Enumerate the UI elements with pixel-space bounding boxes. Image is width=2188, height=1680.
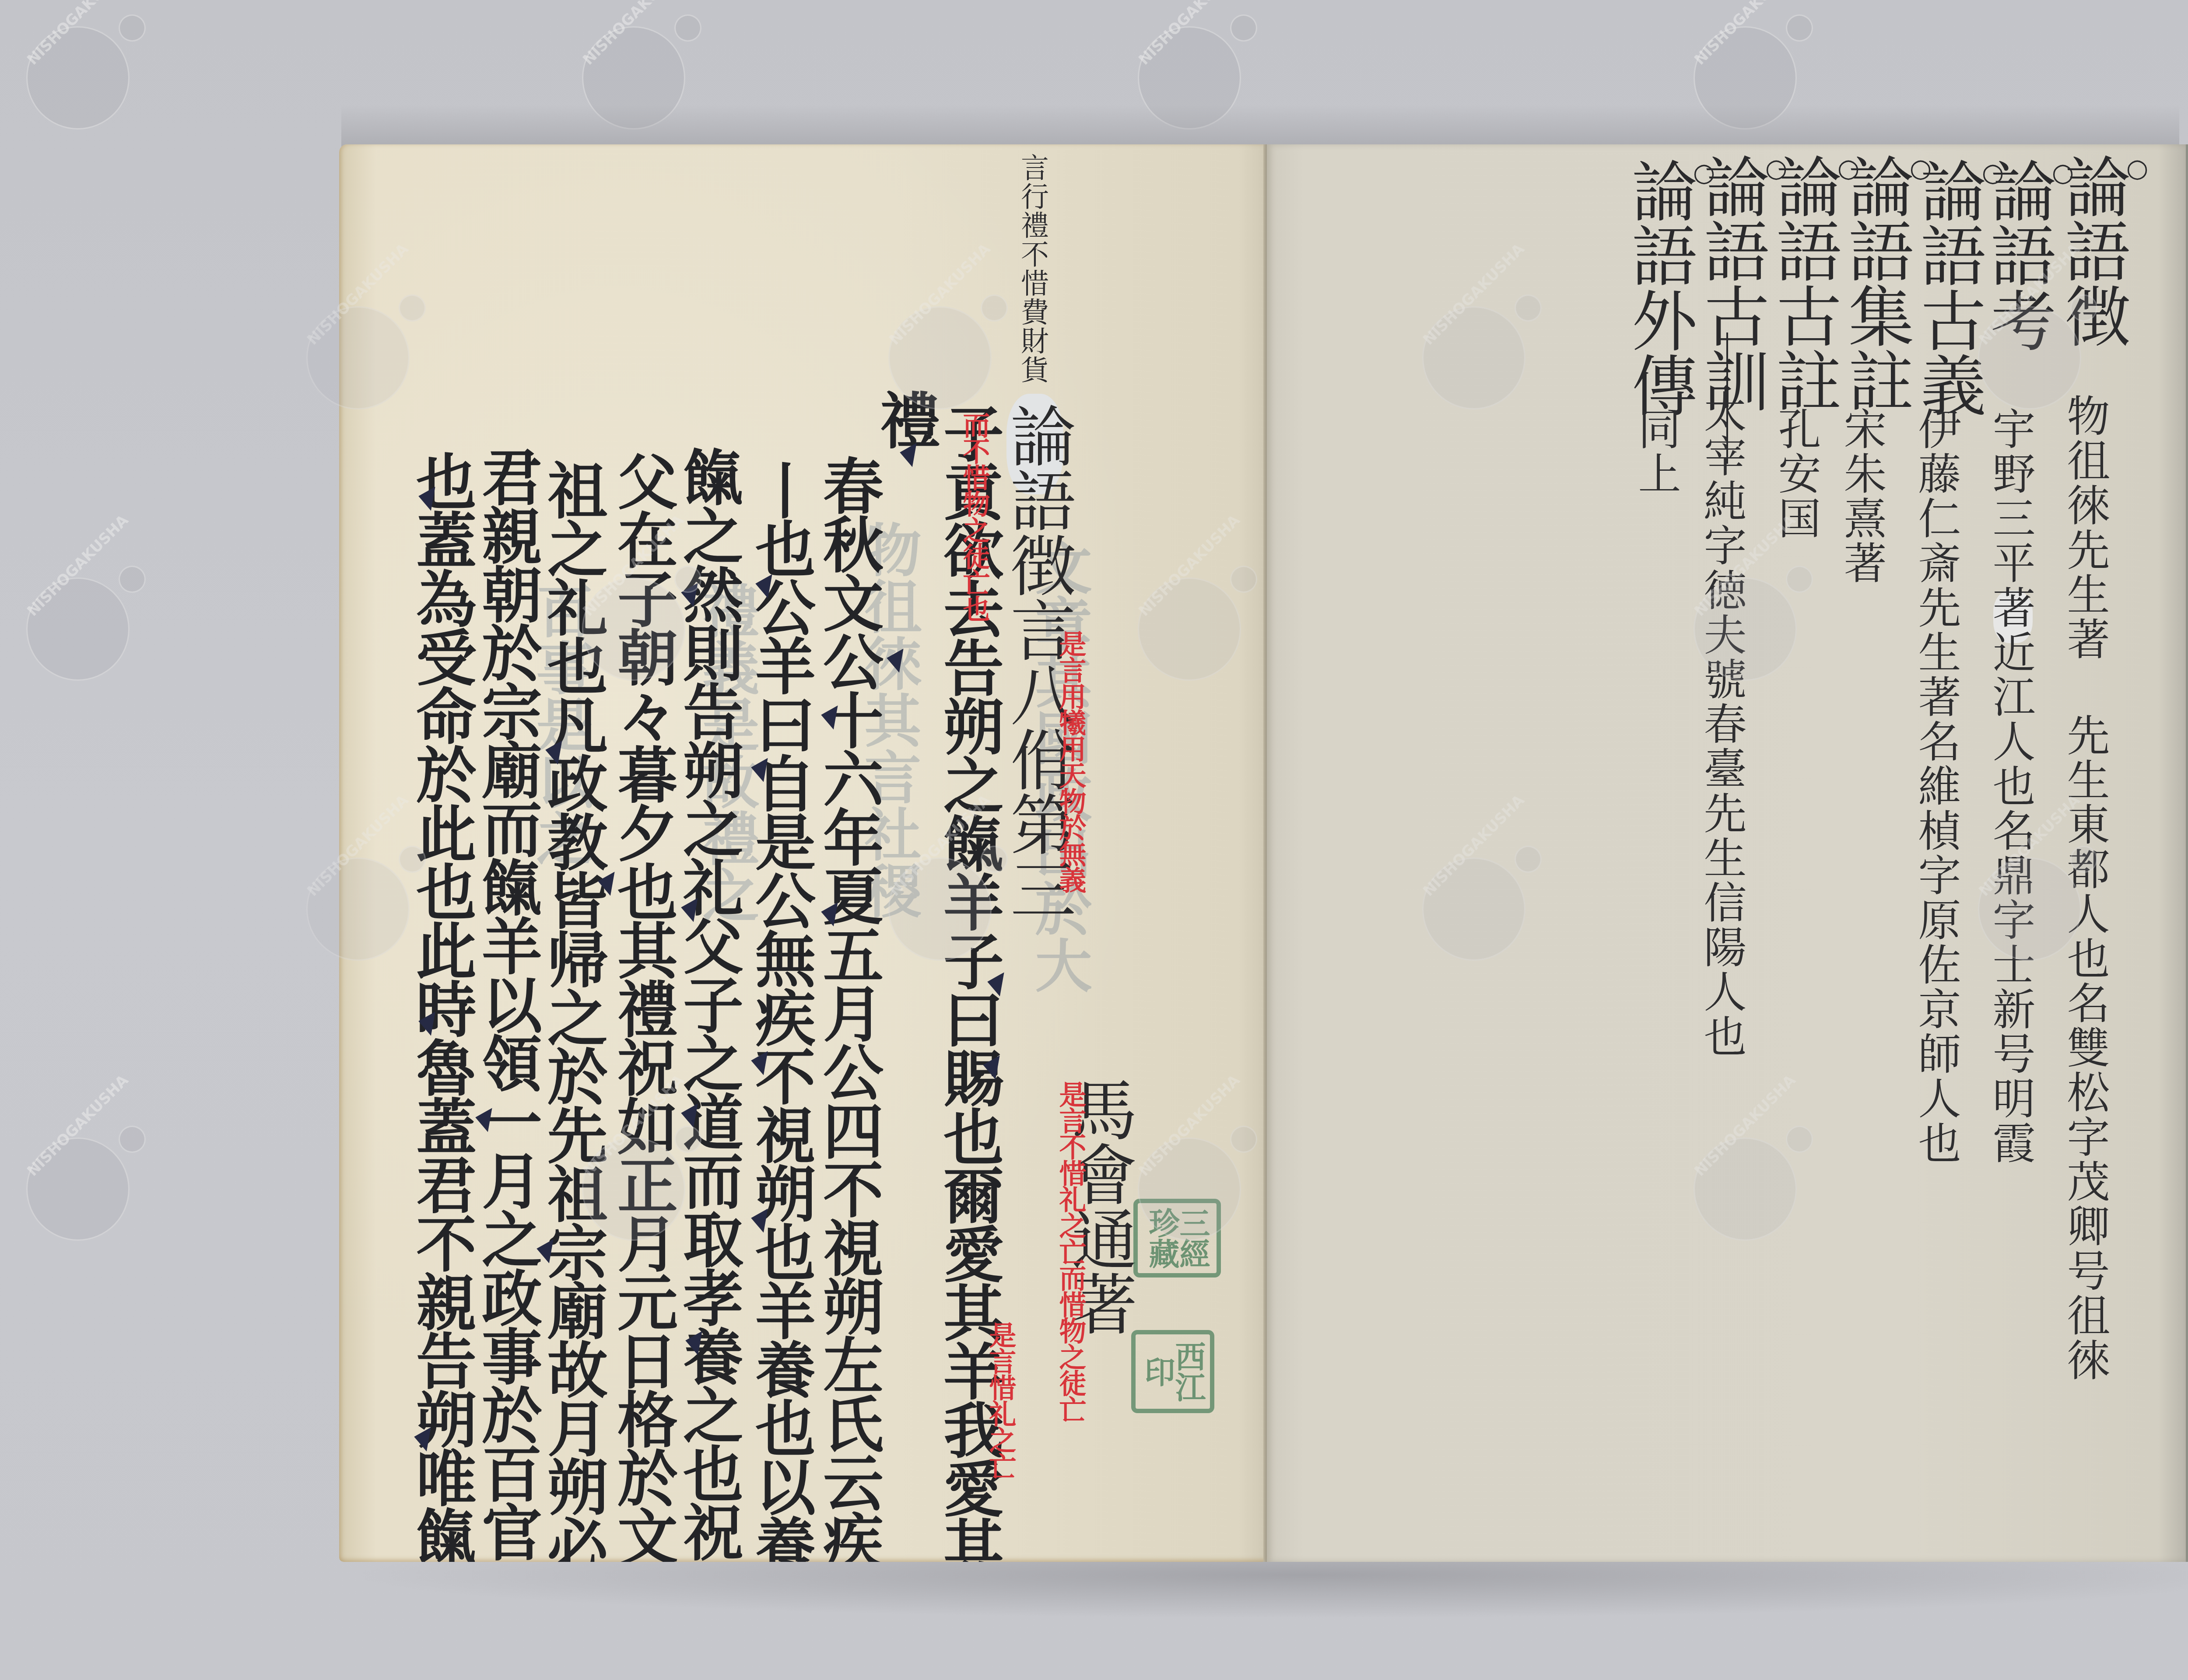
red-annotation: 是言不惜礼之亡而惜物之徒亡 [1057, 1081, 1084, 1422]
watermark-logo-icon: NISHOGAKUSHA [26, 1137, 130, 1241]
main-text-column: 春秋文公十六年夏五月公四不視朔左氏云疾 [818, 455, 879, 1562]
left-page: 文章其國政出於大 物徂徠其言社稷 禮義是故禮之 百事是以之 言行禮不惜費財貨 論… [339, 144, 1267, 1562]
watermark-logo-icon: NISHOGAKUSHA [1978, 306, 2081, 409]
watermark-logo-icon: NISHOGAKUSHA [26, 577, 130, 681]
watermark-logo-icon: NISHOGAKUSHA [582, 577, 685, 681]
red-annotation: 是言用犧用天物於無義 [1057, 630, 1084, 892]
top-margin-note: 言行禮不惜費財貨 [1018, 153, 1046, 384]
author-note: 太宰純字徳夫號春臺先生信陽人也 [1700, 389, 1743, 1059]
open-book: 文章其國政出於大 物徂徠其言社稷 禮義是故禮之 百事是以之 言行禮不惜費財貨 論… [339, 144, 2186, 1562]
main-text-column: 丨也公羊曰自是公無疾不視朔也羊養也以養 [750, 459, 811, 1562]
watermark-logo-icon: NISHOGAKUSHA [888, 857, 992, 961]
watermark-logo-icon: NISHOGAKUSHA [1978, 857, 2081, 961]
red-annotation: 而不惜物之徒亡也 [961, 411, 988, 621]
watermark-logo-icon: NISHOGAKUSHA [1138, 577, 1241, 681]
collector-seal: 西江印 [1131, 1330, 1214, 1413]
watermark-logo-icon: NISHOGAKUSHA [888, 306, 992, 409]
red-annotation: 是言惜礼之亡 [987, 1321, 1014, 1479]
watermark-logo-icon: NISHOGAKUSHA [582, 1137, 685, 1241]
watermark-logo-icon: NISHOGAKUSHA [1694, 577, 1797, 681]
main-text-column: 也蓋為受命於此也此時魯蓋君不親告朔唯餼 [411, 451, 472, 1562]
watermark-logo-icon: NISHOGAKUSHA [306, 857, 410, 961]
watermark-logo-icon: NISHOGAKUSHA [26, 26, 130, 129]
watermark-logo-icon: NISHOGAKUSHA [1422, 857, 1525, 961]
author-note: 同上 [1634, 407, 1677, 496]
watermark-logo-icon: NISHOGAKUSHA [306, 306, 410, 409]
work-title: ○論語外傳 [1626, 157, 1717, 416]
main-text-column: 餼之然則告朔之礼父子之道而取孝養之也祝 [678, 446, 739, 1560]
author-note: 伊藤仁斎先生著名維楨字原佐京師人也 [1914, 407, 1957, 1165]
watermark-logo-icon: NISHOGAKUSHA [1694, 1137, 1797, 1241]
watermark-logo-icon: NISHOGAKUSHA [1138, 1137, 1241, 1241]
main-text-column: 君親朝於宗廟而餼羊以領一月之政事於百官 [477, 446, 537, 1560]
author-note: 宇野三平著近江人也名鼎字士新号明霞 [1989, 407, 2032, 1165]
watermark-logo-icon: NISHOGAKUSHA [1422, 306, 1525, 409]
author-note: 宋朱熹著 [1840, 407, 1883, 585]
